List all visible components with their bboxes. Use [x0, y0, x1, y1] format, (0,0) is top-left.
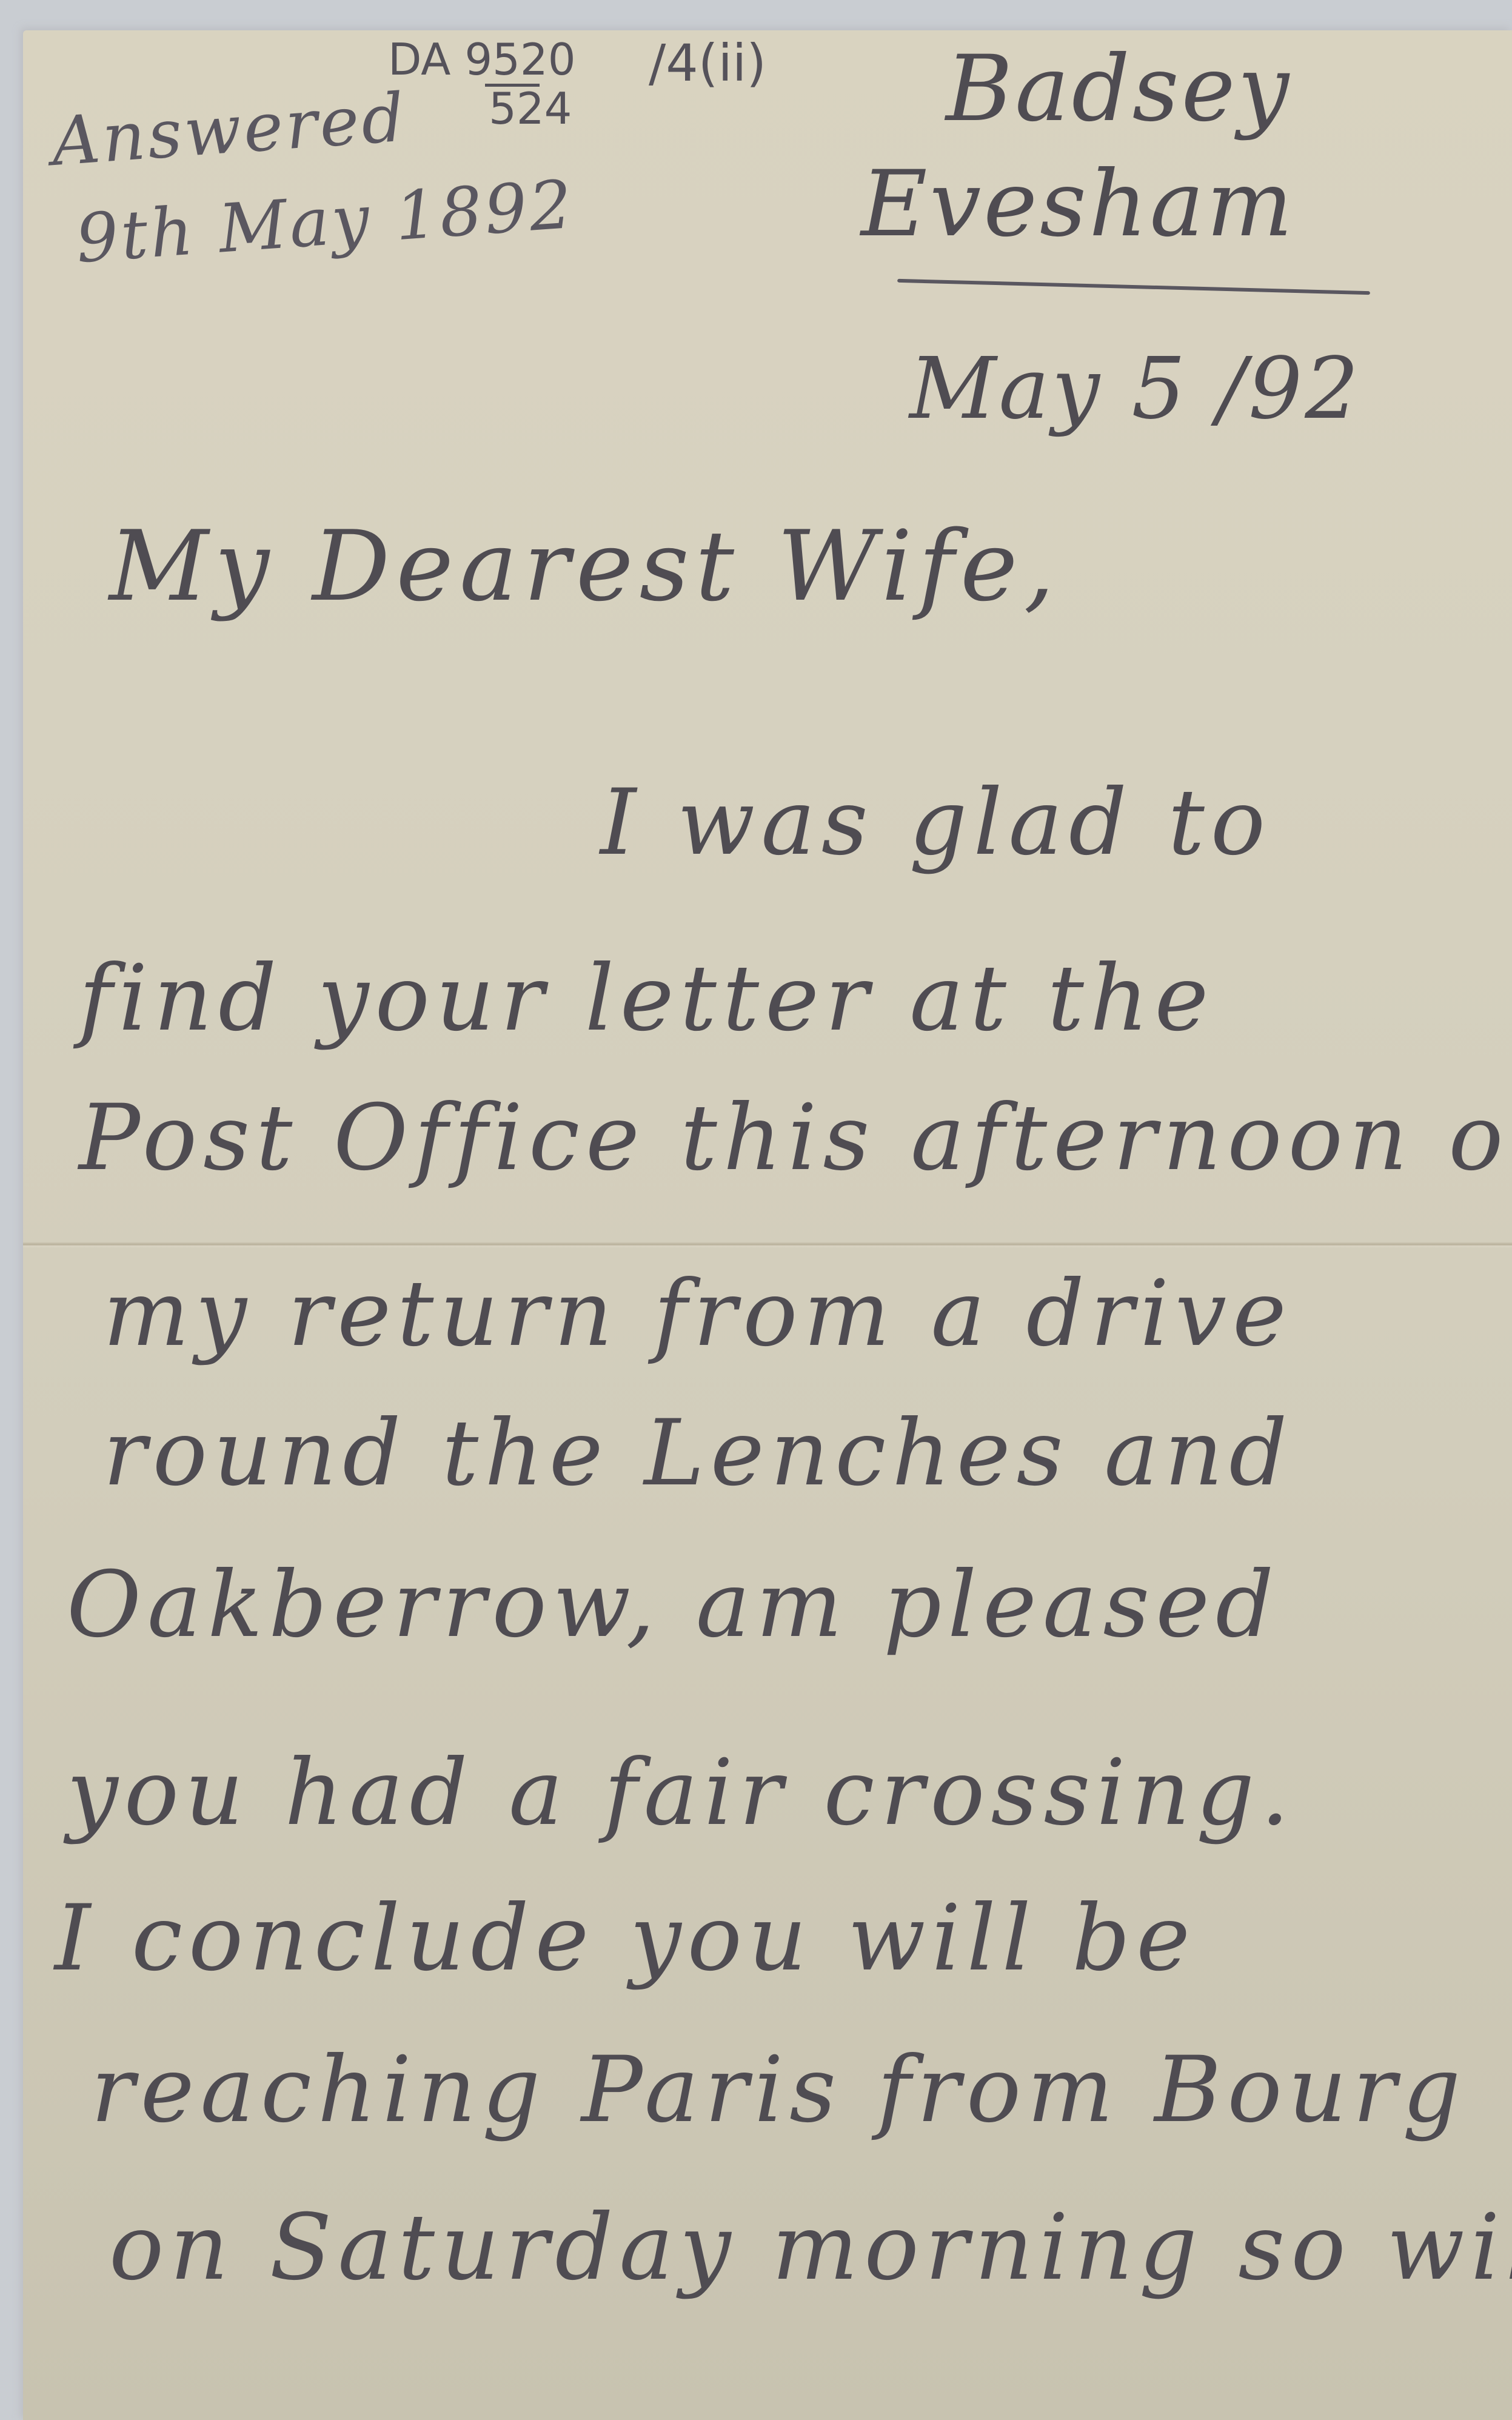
address-line-2: Evesham: [861, 152, 1295, 257]
body-line: on Saturday morning so will: [109, 2195, 1512, 2301]
reference-top: DA 9520: [388, 38, 576, 81]
body-line: you had a fair crossing.: [67, 1740, 1296, 1846]
salutation: My Dearest Wife,: [109, 509, 1060, 623]
body-line: round the Lenches and: [103, 1401, 1293, 1506]
body-line: reaching Paris from Bourg: [91, 2037, 1467, 2143]
body-line: find your letter at the: [79, 946, 1214, 1051]
body-line: I was glad to: [600, 770, 1271, 876]
letter-date: May 5 /92: [909, 340, 1361, 438]
body-line: Oakberrow, am pleased: [67, 1552, 1280, 1658]
paper-fold-crease: [23, 1242, 1512, 1248]
reference-suffix: /4(ii): [649, 38, 766, 89]
archive-reference: DA 9520 524: [388, 38, 576, 130]
reference-bottom: 524: [388, 87, 576, 130]
body-line: my return from a drive: [103, 1261, 1293, 1367]
body-line: Post Office this afternoon on: [79, 1085, 1512, 1191]
body-line: I conclude you will be: [55, 1886, 1196, 1991]
address-line-1: Badsey: [946, 36, 1291, 142]
